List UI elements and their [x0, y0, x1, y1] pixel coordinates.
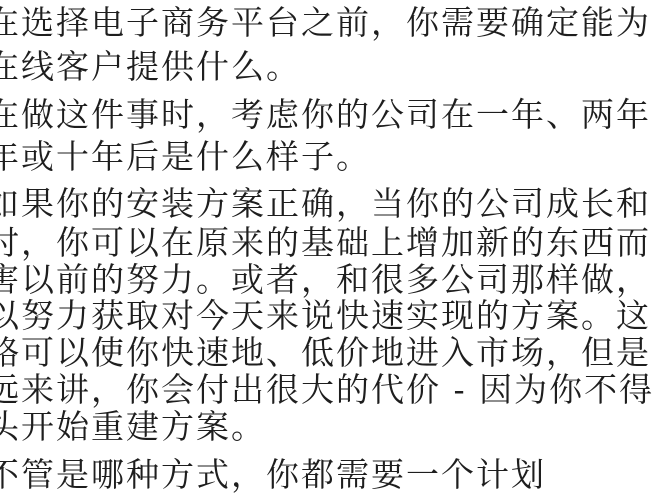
text-line: 头开始重建方案。 [0, 409, 266, 445]
text-line: 时，你可以在原来的基础上增加新的东西而 [0, 225, 651, 261]
text-line: 以努力获取对今天来说快速实现的方案。这 [0, 298, 651, 334]
text-line: 在选择电子商务平台之前，你需要确定能为 [0, 5, 651, 41]
text-line: 害以前的努力。或者，和很多公司那样做， [0, 262, 651, 298]
text-line: 略可以使你快速地、低价地进入市场，但是 [0, 335, 651, 371]
text-line: 年或十年后是什么样子。 [0, 139, 371, 175]
text-line: 在线客户提供什么。 [0, 49, 301, 85]
text-line: 在做这件事时，考虑你的公司在一年、两年 [0, 97, 651, 133]
text-line: 远来讲，你会付出很大的代价 - 因为你不得 [0, 372, 654, 408]
text-line: 不管是哪种方式，你都需要一个计划 [0, 457, 546, 493]
text-line: 如果你的安装方案正确，当你的公司成长和 [0, 186, 651, 222]
